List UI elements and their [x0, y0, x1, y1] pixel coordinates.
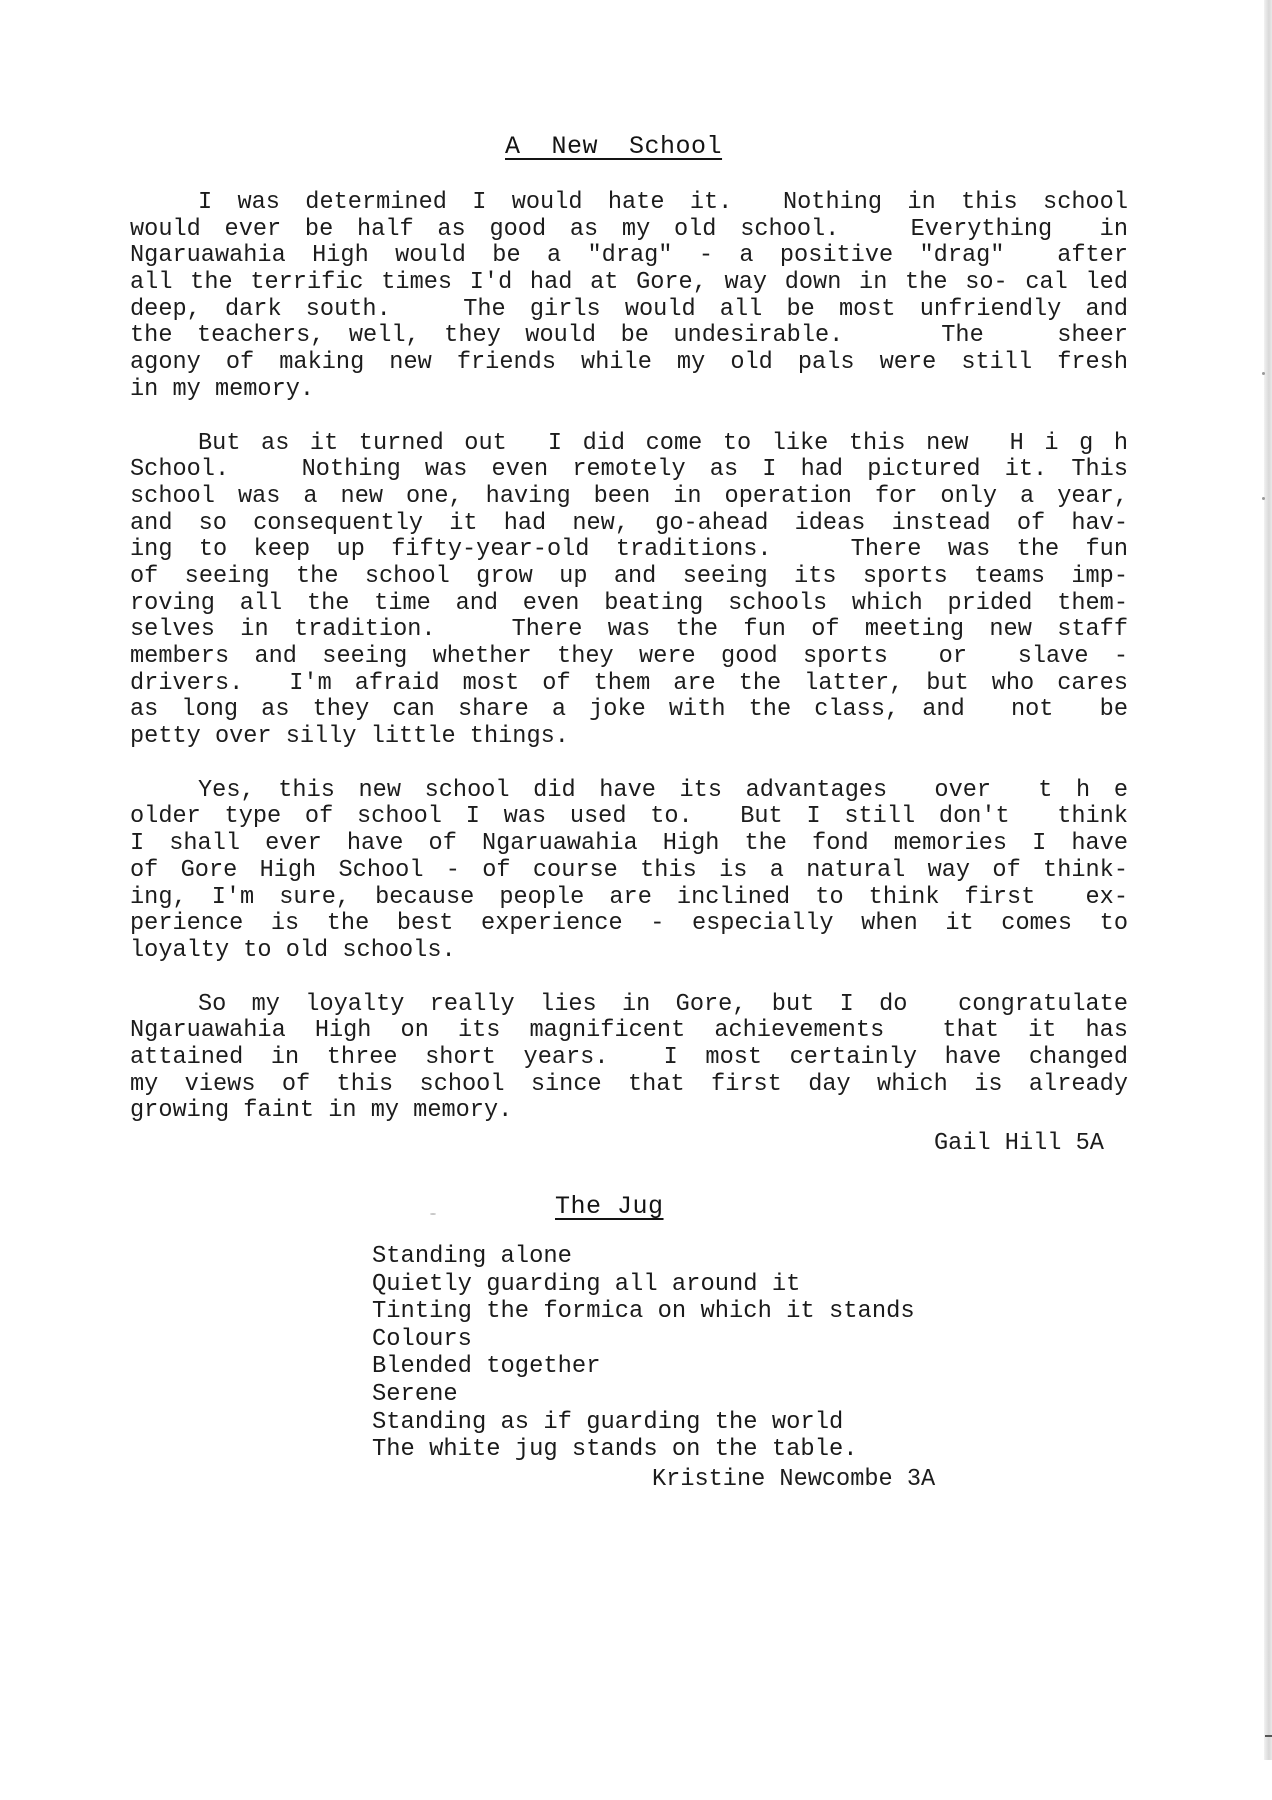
essay-paragraph: But as it turned out I did come to like … [130, 431, 1128, 751]
poem-line: Blended together [372, 1353, 915, 1381]
essay-paragraph: Yes, this new school did have its advant… [130, 778, 1128, 965]
text-line: selves in tradition. There was the fun o… [130, 617, 1128, 644]
text-line: Ngaruawahia High on its magnificent achi… [130, 1018, 1128, 1045]
text-line: ing to keep up fifty-year-old traditions… [130, 537, 1128, 564]
text-line: But as it turned out I did come to like … [130, 431, 1128, 458]
text-line: agony of making new friends while my old… [130, 350, 1128, 377]
essay-title: A New School [505, 132, 722, 161]
essay-author: Gail Hill 5A [934, 1130, 1104, 1157]
text-line: older type of school I was used to. But … [130, 804, 1128, 831]
scan-speck [1262, 372, 1265, 375]
text-line: I shall ever have of Ngaruawahia High th… [130, 831, 1128, 858]
text-line: and so consequently it had new, go-ahead… [130, 511, 1128, 538]
text-line: attained in three short years. I most ce… [130, 1045, 1128, 1072]
poem-body: Standing alone Quietly guarding all arou… [372, 1243, 915, 1464]
text-line: roving all the time and even beating sch… [130, 591, 1128, 618]
text-line: in my memory. [130, 377, 1128, 404]
text-line: of seeing the school grow up and seeing … [130, 564, 1128, 591]
scan-speck [1262, 497, 1265, 500]
text-line: as long as they can share a joke with th… [130, 697, 1128, 724]
poem-line: Tinting the formica on which it stands [372, 1298, 915, 1326]
poem-line: Serene [372, 1381, 915, 1409]
scan-edge-mark [1265, 1735, 1272, 1737]
scanned-page: A New School I was determined I would ha… [0, 0, 1272, 1800]
text-line: I was determined I would hate it. Nothin… [130, 190, 1128, 217]
text-line: my views of this school since that first… [130, 1072, 1128, 1099]
text-line: growing faint in my memory. [130, 1098, 1128, 1125]
text-line: drivers. I'm afraid most of them are the… [130, 671, 1128, 698]
text-line: School. Nothing was even remotely as I h… [130, 457, 1128, 484]
text-line: Yes, this new school did have its advant… [130, 778, 1128, 805]
text-line: petty over silly little things. [130, 724, 1128, 751]
text-line: perience is the best experience - especi… [130, 911, 1128, 938]
poem-title: The Jug [555, 1192, 664, 1221]
text-line: So my loyalty really lies in Gore, but I… [130, 992, 1128, 1019]
text-line: school was a new one, having been in ope… [130, 484, 1128, 511]
poem-line: The white jug stands on the table. [372, 1436, 915, 1464]
text-line: of Gore High School - of course this is … [130, 858, 1128, 885]
text-line: Ngaruawahia High would be a "drag" - a p… [130, 243, 1128, 270]
poem-line: Standing alone [372, 1243, 915, 1271]
text-line: would ever be half as good as my old sch… [130, 217, 1128, 244]
poem-line: Standing as if guarding the world [372, 1409, 915, 1437]
essay-paragraph: I was determined I would hate it. Nothin… [130, 190, 1128, 404]
essay-body: I was determined I would hate it. Nothin… [130, 190, 1128, 1152]
poem-line: Colours [372, 1326, 915, 1354]
text-line: members and seeing whether they were goo… [130, 644, 1128, 671]
essay-paragraph: So my loyalty really lies in Gore, but I… [130, 992, 1128, 1125]
text-line: the teachers, well, they would be undesi… [130, 323, 1128, 350]
scan-speck [430, 1213, 436, 1215]
poem-line: Quietly guarding all around it [372, 1271, 915, 1299]
text-line: deep, dark south. The girls would all be… [130, 297, 1128, 324]
poem-author: Kristine Newcombe 3A [652, 1466, 935, 1493]
scan-edge [1264, 0, 1272, 1760]
text-line: ing, I'm sure, because people are inclin… [130, 885, 1128, 912]
text-line: loyalty to old schools. [130, 938, 1128, 965]
text-line: all the terrific times I'd had at Gore, … [130, 270, 1128, 297]
